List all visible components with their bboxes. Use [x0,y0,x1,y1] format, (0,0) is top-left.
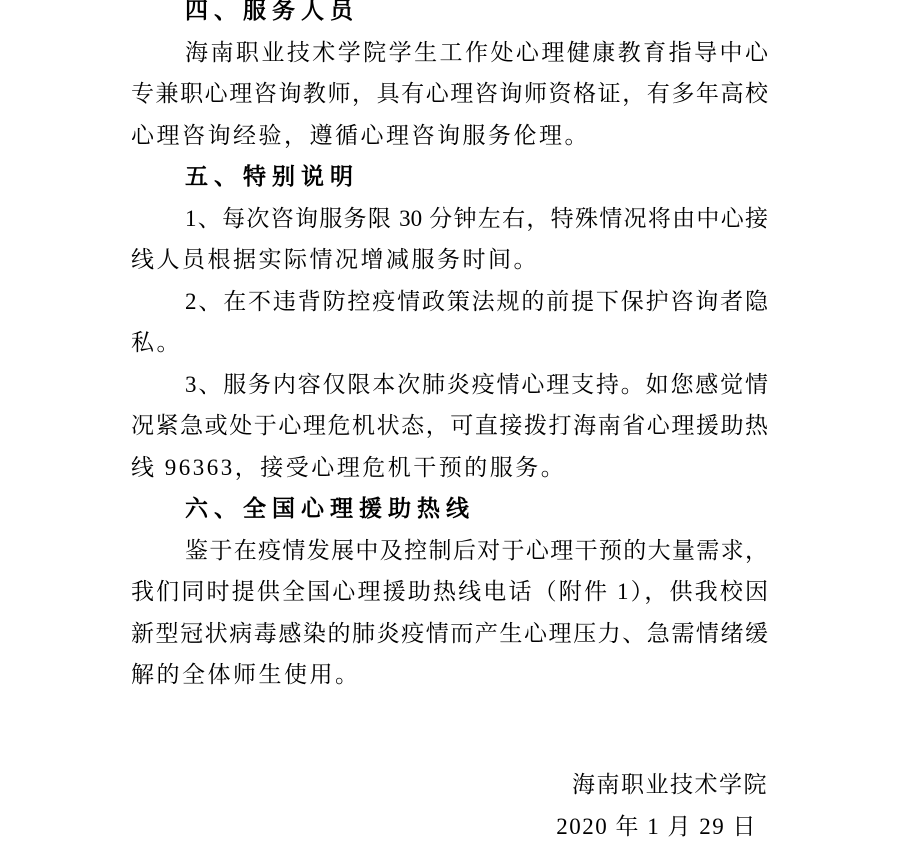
heading-section-5: 五、特别说明 [131,156,768,198]
paragraph-line: 私。 [131,322,768,364]
paragraph-line: 况紧急或处于心理危机状态，可直接拨打海南省心理援助热 [131,405,768,447]
paragraph-line: 线人员根据实际情况增减服务时间。 [131,239,768,281]
signature-organization: 海南职业技术学院 [131,764,768,806]
paragraph-line: 3、服务内容仅限本次肺炎疫情心理支持。如您感觉情 [131,364,768,406]
paragraph-line: 专兼职心理咨询教师，具有心理咨询师资格证，有多年高校 [131,73,768,115]
paragraph-line: 1、每次咨询服务限 30 分钟左右，特殊情况将由中心接 [131,198,768,240]
document-body: 四、服务人员 海南职业技术学院学生工作处心理健康教育指导中心 专兼职心理咨询教师… [131,0,768,696]
paragraph-line: 鉴于在疫情发展中及控制后对于心理干预的大量需求， [131,530,768,572]
paragraph-line: 我们同时提供全国心理援助热线电话（附件 1），供我校因 [131,571,768,613]
paragraph-line: 2、在不违背防控疫情政策法规的前提下保护咨询者隐 [131,281,768,323]
signature-block: 海南职业技术学院 2020 年 1 月 29 日 [131,764,768,842]
paragraph-line: 新型冠状病毒感染的肺炎疫情而产生心理压力、急需情绪缓 [131,613,768,655]
heading-section-6: 六、全国心理援助热线 [131,488,768,530]
paragraph-line: 线 96363，接受心理危机干预的服务。 [131,447,768,489]
paragraph-line: 心理咨询经验，遵循心理咨询服务伦理。 [131,115,768,157]
paragraph-line: 解的全体师生使用。 [131,654,768,696]
document-page: 四、服务人员 海南职业技术学院学生工作处心理健康教育指导中心 专兼职心理咨询教师… [0,0,900,842]
heading-section-4: 四、服务人员 [131,0,768,32]
paragraph-line: 海南职业技术学院学生工作处心理健康教育指导中心 [131,32,768,74]
signature-date: 2020 年 1 月 29 日 [131,806,768,842]
